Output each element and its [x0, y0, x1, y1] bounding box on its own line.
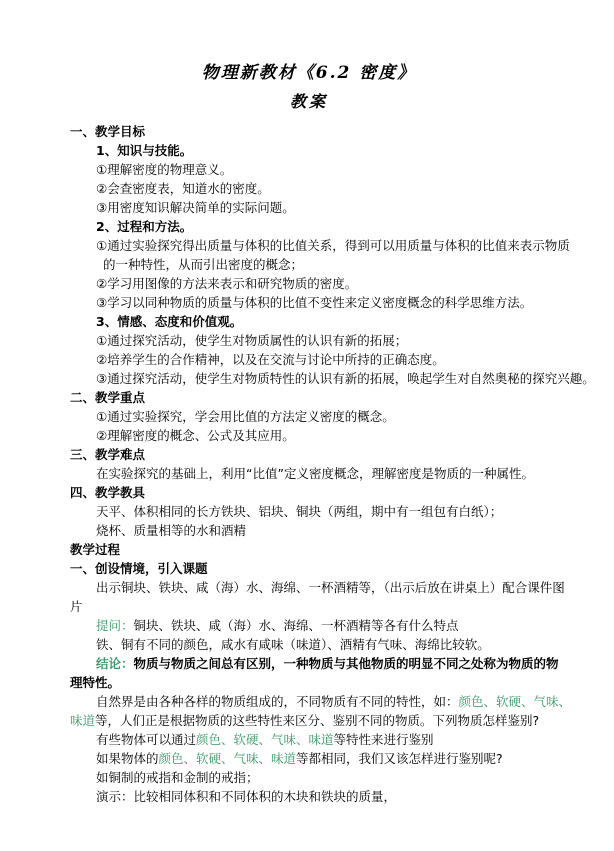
text-line: ②理解密度的概念、公式及其应用。: [70, 426, 548, 445]
text-line: ②培养学生的合作精神，以及在交流与讨论中所持的正确态度。: [70, 350, 548, 369]
text-line: ③用密度知识解决简单的实际问题。: [70, 198, 548, 217]
text-segment: 四、教学教具: [70, 485, 145, 500]
text-segment: ②学习用图像的方法来表示和研究物质的密度。: [96, 276, 357, 291]
text-segment: ③通过探究活动，使学生对物质特性的认识有新的拓展，唤起学生对自然奥秘的探究兴趣。: [96, 371, 595, 386]
text-line: ③学习以同种物质的质量与体积的比值不变性来定义密度概念的科学思维方法。: [70, 293, 548, 312]
text-line: 的一种特性，从而引出密度的概念；: [70, 255, 548, 274]
text-segment: 的一种特性，从而引出密度的概念；: [103, 257, 303, 272]
title-block: 物理新教材《6.2 密度》 教案: [70, 58, 548, 116]
text-segment: ②会查密度表，知道水的密度。: [96, 181, 270, 196]
text-segment: 三、教学难点: [70, 447, 145, 462]
text-line: 铁、铜有不同的颜色，咸水有咸味（味道）、酒精有气味、海绵比较软。: [70, 635, 548, 654]
text-segment: 颜色、软硬、气味、味道: [159, 751, 297, 766]
text-segment: ③用密度知识解决简单的实际问题。: [96, 200, 295, 215]
text-segment: 天平、体积相同的长方铁块、铝块、铜块（两组，期中有一组包有白纸）；: [96, 504, 502, 519]
text-segment: ①通过实验探究，学会用比值的方法定义密度的概念。: [96, 409, 395, 424]
text-segment: 铁、铜有不同的颜色，咸水有咸味（味道）、酒精有气味、海绵比较软。: [96, 637, 490, 652]
text-line: 一、教学目标: [70, 122, 548, 141]
text-line: 在实验探究的基础上，利用“比值”定义密度概念，理解密度是物质的一种属性。: [70, 464, 548, 483]
text-segment: 自然界是由各种各样的物质组成的，不同物质有不同的特性，如：: [96, 694, 459, 709]
text-segment: 一、创设情境，引入课题: [70, 561, 208, 576]
document-title: 物理新教材《6.2 密度》: [70, 58, 548, 88]
text-segment: 2、过程和方法。: [96, 219, 192, 234]
text-segment: ③学习以同种物质的质量与体积的比值不变性来定义密度概念的科学思维方法。: [96, 295, 532, 310]
text-segment: 味道: [70, 713, 95, 728]
text-segment: 3、情感、态度和价值观。: [96, 314, 242, 329]
document-page: 物理新教材《6.2 密度》 教案 一、教学目标1、知识与技能。①理解密度的物理意…: [0, 0, 614, 851]
text-segment: 结论：: [96, 656, 134, 671]
text-segment: 烧杯、质量相等的水和酒精: [96, 523, 246, 538]
text-segment: ②理解密度的概念、公式及其应用。: [96, 428, 295, 443]
text-line: 提问：铜块、铁块、咸（海）水、海绵、一杯酒精等各有什么特点: [70, 616, 548, 635]
text-line: 教学过程: [70, 540, 548, 559]
text-line: 演示：比较相同体积和不同体积的木块和铁块的质量，: [70, 787, 548, 806]
text-segment: 如铜制的戒指和金制的戒指；: [96, 770, 259, 785]
text-segment: ①通过实验探究得出质量与体积的比值关系，得到可以用质量与体积的比值来表示物质: [96, 238, 570, 253]
text-segment: 二、教学重点: [70, 390, 145, 405]
text-line: 自然界是由各种各样的物质组成的，不同物质有不同的特性，如：颜色、软硬、气味、: [70, 692, 548, 711]
text-segment: 有些物体可以通过: [96, 732, 196, 747]
text-segment: 一、教学目标: [70, 124, 145, 139]
text-line: 出示铜块、铁块、咸（海）水、海绵、一杯酒精等，（出示后放在讲桌上）配合课件图: [70, 578, 548, 597]
text-segment: 出示铜块、铁块、咸（海）水、海绵、一杯酒精等，（出示后放在讲桌上）配合课件图: [96, 580, 565, 595]
text-segment: ②培养学生的合作精神，以及在交流与讨论中所持的正确态度。: [96, 352, 445, 367]
text-segment: ①通过探究活动，使学生对物质属性的认识有新的拓展；: [96, 333, 407, 348]
text-line: 三、教学难点: [70, 445, 548, 464]
document-subtitle: 教案: [70, 88, 548, 116]
text-segment: 铜块、铁块、咸（海）水、海绵、一杯酒精等各有什么特点: [134, 618, 459, 633]
text-segment: 颜色、软硬、气味、味道: [196, 732, 334, 747]
text-segment: 物质与物质之间总有区别，一种物质与其他物质的明显不同之处称为物质的物: [134, 656, 559, 671]
text-segment: 等，人们正是根据物质的这些特性来区分、鉴别不同的物质。下列物质怎样鉴别?: [95, 713, 539, 728]
text-line: 二、教学重点: [70, 388, 548, 407]
text-line: 一、创设情境，引入课题: [70, 559, 548, 578]
text-line: ①通过实验探究，学会用比值的方法定义密度的概念。: [70, 407, 548, 426]
text-segment: 教学过程: [70, 542, 120, 557]
text-segment: ①理解密度的物理意义。: [96, 162, 232, 177]
text-segment: 等都相同，我们又该怎样进行鉴别呢?: [296, 751, 503, 766]
text-line: 理特性。: [70, 673, 548, 692]
text-segment: 在实验探究的基础上，利用“比值”定义密度概念，理解密度是物质的一种属性。: [96, 466, 534, 481]
text-line: ①通过探究活动，使学生对物质属性的认识有新的拓展；: [70, 331, 548, 350]
text-line: 片: [70, 597, 548, 616]
text-segment: 理特性。: [70, 675, 120, 690]
text-segment: 演示：比较相同体积和不同体积的木块和铁块的质量，: [96, 789, 396, 804]
text-line: 味道等，人们正是根据物质的这些特性来区分、鉴别不同的物质。下列物质怎样鉴别?: [70, 711, 548, 730]
text-line: ②会查密度表，知道水的密度。: [70, 179, 548, 198]
text-line: ①理解密度的物理意义。: [70, 160, 548, 179]
document-body: 一、教学目标1、知识与技能。①理解密度的物理意义。②会查密度表，知道水的密度。③…: [70, 122, 548, 806]
text-line: 如铜制的戒指和金制的戒指；: [70, 768, 548, 787]
text-line: 有些物体可以通过颜色、软硬、气味、味道等特性来进行鉴别: [70, 730, 548, 749]
text-line: ②学习用图像的方法来表示和研究物质的密度。: [70, 274, 548, 293]
text-line: 2、过程和方法。: [70, 217, 548, 236]
text-segment: 提问：: [96, 618, 134, 633]
text-line: 如果物体的颜色、软硬、气味、味道等都相同，我们又该怎样进行鉴别呢?: [70, 749, 548, 768]
text-segment: 1、知识与技能。: [96, 143, 192, 158]
text-segment: 如果物体的: [96, 751, 159, 766]
text-line: 烧杯、质量相等的水和酒精: [70, 521, 548, 540]
text-line: 3、情感、态度和价值观。: [70, 312, 548, 331]
text-line: 四、教学教具: [70, 483, 548, 502]
text-segment: 片: [70, 599, 83, 614]
text-line: 1、知识与技能。: [70, 141, 548, 160]
text-segment: 颜色、软硬、气味、: [459, 694, 572, 709]
text-line: 天平、体积相同的长方铁块、铝块、铜块（两组，期中有一组包有白纸）；: [70, 502, 548, 521]
text-line: 结论：物质与物质之间总有区别，一种物质与其他物质的明显不同之处称为物质的物: [70, 654, 548, 673]
text-segment: 等特性来进行鉴别: [334, 732, 434, 747]
text-line: ③通过探究活动，使学生对物质特性的认识有新的拓展，唤起学生对自然奥秘的探究兴趣。: [70, 369, 548, 388]
text-line: ①通过实验探究得出质量与体积的比值关系，得到可以用质量与体积的比值来表示物质: [70, 236, 548, 255]
